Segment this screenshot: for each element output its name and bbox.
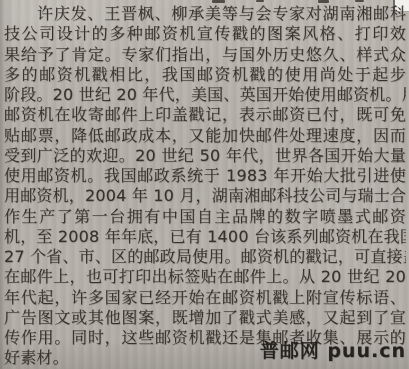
cut-text-fragment <box>355 0 364 2</box>
text-line: 邮资机在收寄邮件上印盖戳记，表示邮资已付，既可免 <box>4 105 406 125</box>
text-line: 使用邮资机。我国邮政系统于 1983 年开始大批引进使 <box>4 166 406 186</box>
text-line: 多的邮资机戳相比，我国邮资机戳的使用尚处于起步 <box>4 65 406 85</box>
text-line: 技公司设计的多种邮资机宣传戳的图案风格、打印效 <box>4 24 406 44</box>
cut-text-fragment <box>212 0 225 3</box>
text-line: 在邮件上，也可打印出标签贴在邮件上。从 20 世纪 20 <box>4 267 406 287</box>
text-line: 广告图文或其他图案，既增加了戳式美感，又起到了宣 <box>4 308 406 328</box>
text-line: 机，至 2008 年年底，已有 1400 台该系列邮资机在我国 <box>4 227 406 247</box>
text-line: 27 个省、市、区的邮政局使用。邮资机的戳记，可直接盖 <box>4 247 406 267</box>
cut-text-fragment <box>318 0 329 3</box>
article-text: 许庆发、王晋枫、柳承美等与会专家对湖南湘邮科 技公司设计的多种邮资机宣传戳的图案… <box>4 4 406 369</box>
text-line: 受到广泛的欢迎。20 世纪 50 年代，世界各国开始大量 <box>4 146 406 166</box>
text-line: 许庆发、王晋枫、柳承美等与会专家对湖南湘邮科 <box>4 4 406 24</box>
text-line: 果给予了肯定。专家们指出，与国外历史悠久、样式众 <box>4 45 406 65</box>
watermark: 普邮网 puu.cn <box>260 336 406 363</box>
newspaper-clipping: 许庆发、王晋枫、柳承美等与会专家对湖南湘邮科 技公司设计的多种邮资机宣传戳的图案… <box>0 0 409 369</box>
cut-text-fragment <box>256 0 264 2</box>
text-line: 阶段。20 世纪 20 年代，美国、英国开始使用邮资机。用 <box>4 85 406 105</box>
text-line: 用邮资机，2004 年 10 月，湖南湘邮科技公司与瑞士合 <box>4 186 406 206</box>
text-line: 作生产了第一台拥有中国自主品牌的数字喷墨式邮资 <box>4 207 406 227</box>
text-line: 贴邮票，降低邮政成本，又能加快邮件处理速度，因而 <box>4 126 406 146</box>
text-line: 年代起，许多国家已经开始在邮资机戳上附宣传标语、 <box>4 288 406 308</box>
